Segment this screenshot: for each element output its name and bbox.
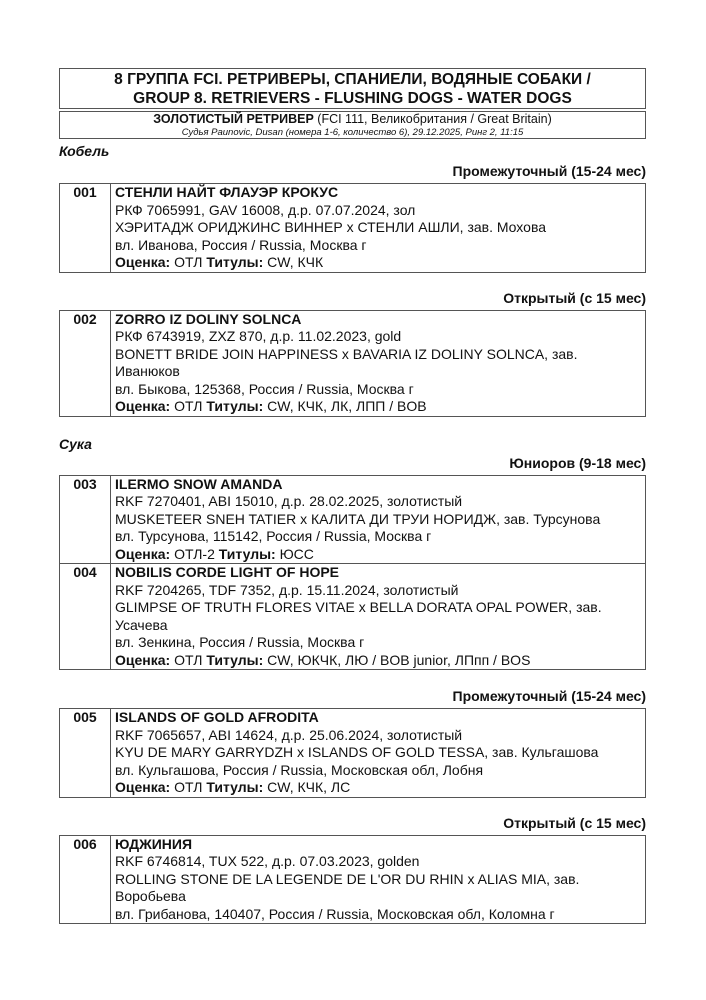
grade-value: ОТЛ [170,398,206,414]
table-row: 005 ISLANDS OF GOLD AFRODITA RKF 7065657… [60,709,646,798]
class-heading: Открытый (с 15 мес) [59,814,646,832]
entry-info: ISLANDS OF GOLD AFRODITA RKF 7065657, AB… [111,709,646,798]
group-title-ru: 8 ГРУППА FCI. РЕТРИВЕРЫ, СПАНИЕЛИ, ВОДЯН… [60,70,645,89]
entry-info: ZORRO IZ DOLINY SOLNCA РКФ 6743919, ZXZ … [111,310,646,416]
table-row: 001 СТЕНЛИ НАЙТ ФЛАУЭР КРОКУС РКФ 706599… [60,184,646,273]
grade-label: Оценка: [115,254,170,270]
pedigree: GLIMPSE OF TRUTH FLORES VITAE x BELLA DO… [115,599,639,634]
titles-value: CW, КЧК, ЛС [263,779,350,795]
grade-label: Оценка: [115,398,170,414]
grade-label: Оценка: [115,779,170,795]
entry-number: 001 [60,184,111,273]
titles-value: CW, КЧК [263,254,323,270]
grade-label: Оценка: [115,546,170,562]
entry-number: 004 [60,564,111,670]
pedigree: ХЭРИТАДЖ ОРИДЖИНС ВИННЕР x СТЕНЛИ АШЛИ, … [115,219,639,237]
dog-name: СТЕНЛИ НАЙТ ФЛАУЭР КРОКУС [115,184,639,202]
table-row: 006 ЮДЖИНИЯ RKF 6746814, TUX 522, д.р. 0… [60,835,646,924]
result-line: Оценка: ОТЛ Титулы: CW, КЧК, ЛК, ЛПП / B… [115,398,639,416]
entries-table: 006 ЮДЖИНИЯ RKF 6746814, TUX 522, д.р. 0… [59,835,646,925]
pedigree: MUSKETEER SNEH TATIER x КАЛИТА ДИ ТРУИ Н… [115,511,639,529]
breed-header: ЗОЛОТИСТЫЙ РЕТРИВЕР (FCI 111, Великобрит… [59,111,646,139]
titles-label: Титулы: [206,254,263,270]
dog-name: NOBILIS CORDE LIGHT OF HOPE [115,564,639,582]
titles-value: CW, КЧК, ЛК, ЛПП / BOB [263,398,426,414]
entry-number: 003 [60,475,111,564]
group-header: 8 ГРУППА FCI. РЕТРИВЕРЫ, СПАНИЕЛИ, ВОДЯН… [59,68,646,109]
dog-name: ЮДЖИНИЯ [115,836,639,854]
owner: вл. Иванова, Россия / Russia, Москва г [115,237,639,255]
dog-name: ILERMO SNOW AMANDA [115,476,639,494]
entries-table: 003 ILERMO SNOW AMANDA RKF 7270401, ABI … [59,475,646,671]
titles-label: Титулы: [206,779,263,795]
registration: RKF 7065657, ABI 14624, д.р. 25.06.2024,… [115,727,639,745]
registration: РКФ 6743919, ZXZ 870, д.р. 11.02.2023, g… [115,328,639,346]
entry-info: ЮДЖИНИЯ RKF 6746814, TUX 522, д.р. 07.03… [111,835,646,924]
breed-name: ЗОЛОТИСТЫЙ РЕТРИВЕР [153,112,314,126]
entry-number: 002 [60,310,111,416]
class-heading: Промежуточный (15-24 мес) [59,162,646,180]
registration: RKF 7270401, ABI 15010, д.р. 28.02.2025,… [115,493,639,511]
owner: вл. Кульгашова, Россия / Russia, Московс… [115,762,639,780]
judge-line: Судья Paunovic, Dusan (номера 1-6, колич… [60,127,645,138]
registration: RKF 7204265, TDF 7352, д.р. 15.11.2024, … [115,582,639,600]
class-heading: Открытый (с 15 мес) [59,289,646,307]
registration: РКФ 7065991, GAV 16008, д.р. 07.07.2024,… [115,202,639,220]
titles-label: Титулы: [206,398,263,414]
entries-table: 005 ISLANDS OF GOLD AFRODITA RKF 7065657… [59,708,646,798]
titles-value: CW, ЮКЧК, ЛЮ / BOB junior, ЛПпп / BOS [263,652,530,668]
breed-line: ЗОЛОТИСТЫЙ РЕТРИВЕР (FCI 111, Великобрит… [60,112,645,127]
class-heading: Юниоров (9-18 мес) [59,454,646,472]
catalog-page: 8 ГРУППА FCI. РЕТРИВЕРЫ, СПАНИЕЛИ, ВОДЯН… [59,68,646,924]
owner: вл. Быкова, 125368, Россия / Russia, Мос… [115,381,639,399]
sex-heading-female: Сука [59,435,646,453]
entries-table: 002 ZORRO IZ DOLINY SOLNCA РКФ 6743919, … [59,310,646,417]
result-line: Оценка: ОТЛ-2 Титулы: ЮСС [115,546,639,564]
grade-value: ОТЛ [170,652,206,668]
breed-info: (FCI 111, Великобритания / Great Britain… [314,112,552,126]
table-row: 003 ILERMO SNOW AMANDA RKF 7270401, ABI … [60,475,646,564]
pedigree: BONETT BRIDE JOIN HAPPINESS x BAVARIA IZ… [115,346,639,381]
titles-label: Титулы: [206,652,263,668]
result-line: Оценка: ОТЛ Титулы: CW, КЧК, ЛС [115,779,639,797]
entry-number: 006 [60,835,111,924]
entry-info: СТЕНЛИ НАЙТ ФЛАУЭР КРОКУС РКФ 7065991, G… [111,184,646,273]
pedigree: KYU DE MARY GARRYDZH x ISLANDS OF GOLD T… [115,744,639,762]
sex-heading-male: Кобель [59,142,646,160]
owner: вл. Турсунова, 115142, Россия / Russia, … [115,528,639,546]
titles-value: ЮСС [276,546,314,562]
dog-name: ISLANDS OF GOLD AFRODITA [115,709,639,727]
entries-table: 001 СТЕНЛИ НАЙТ ФЛАУЭР КРОКУС РКФ 706599… [59,183,646,273]
table-row: 004 NOBILIS CORDE LIGHT OF HOPE RKF 7204… [60,564,646,670]
pedigree: ROLLING STONE DE LA LEGENDE DE L'OR DU R… [115,871,639,906]
result-line: Оценка: ОТЛ Титулы: CW, ЮКЧК, ЛЮ / BOB j… [115,652,639,670]
owner: вл. Грибанова, 140407, Россия / Russia, … [115,906,639,924]
grade-value: ОТЛ [170,254,206,270]
grade-value: ОТЛ-2 [170,546,219,562]
entry-info: NOBILIS CORDE LIGHT OF HOPE RKF 7204265,… [111,564,646,670]
registration: RKF 6746814, TUX 522, д.р. 07.03.2023, g… [115,853,639,871]
dog-name: ZORRO IZ DOLINY SOLNCA [115,311,639,329]
owner: вл. Зенкина, Россия / Russia, Москва г [115,634,639,652]
entry-number: 005 [60,709,111,798]
group-title-en: GROUP 8. RETRIEVERS - FLUSHING DOGS - WA… [60,89,645,108]
class-heading: Промежуточный (15-24 мес) [59,687,646,705]
entry-info: ILERMO SNOW AMANDA RKF 7270401, ABI 1501… [111,475,646,564]
grade-value: ОТЛ [170,779,206,795]
table-row: 002 ZORRO IZ DOLINY SOLNCA РКФ 6743919, … [60,310,646,416]
grade-label: Оценка: [115,652,170,668]
result-line: Оценка: ОТЛ Титулы: CW, КЧК [115,254,639,272]
titles-label: Титулы: [219,546,276,562]
